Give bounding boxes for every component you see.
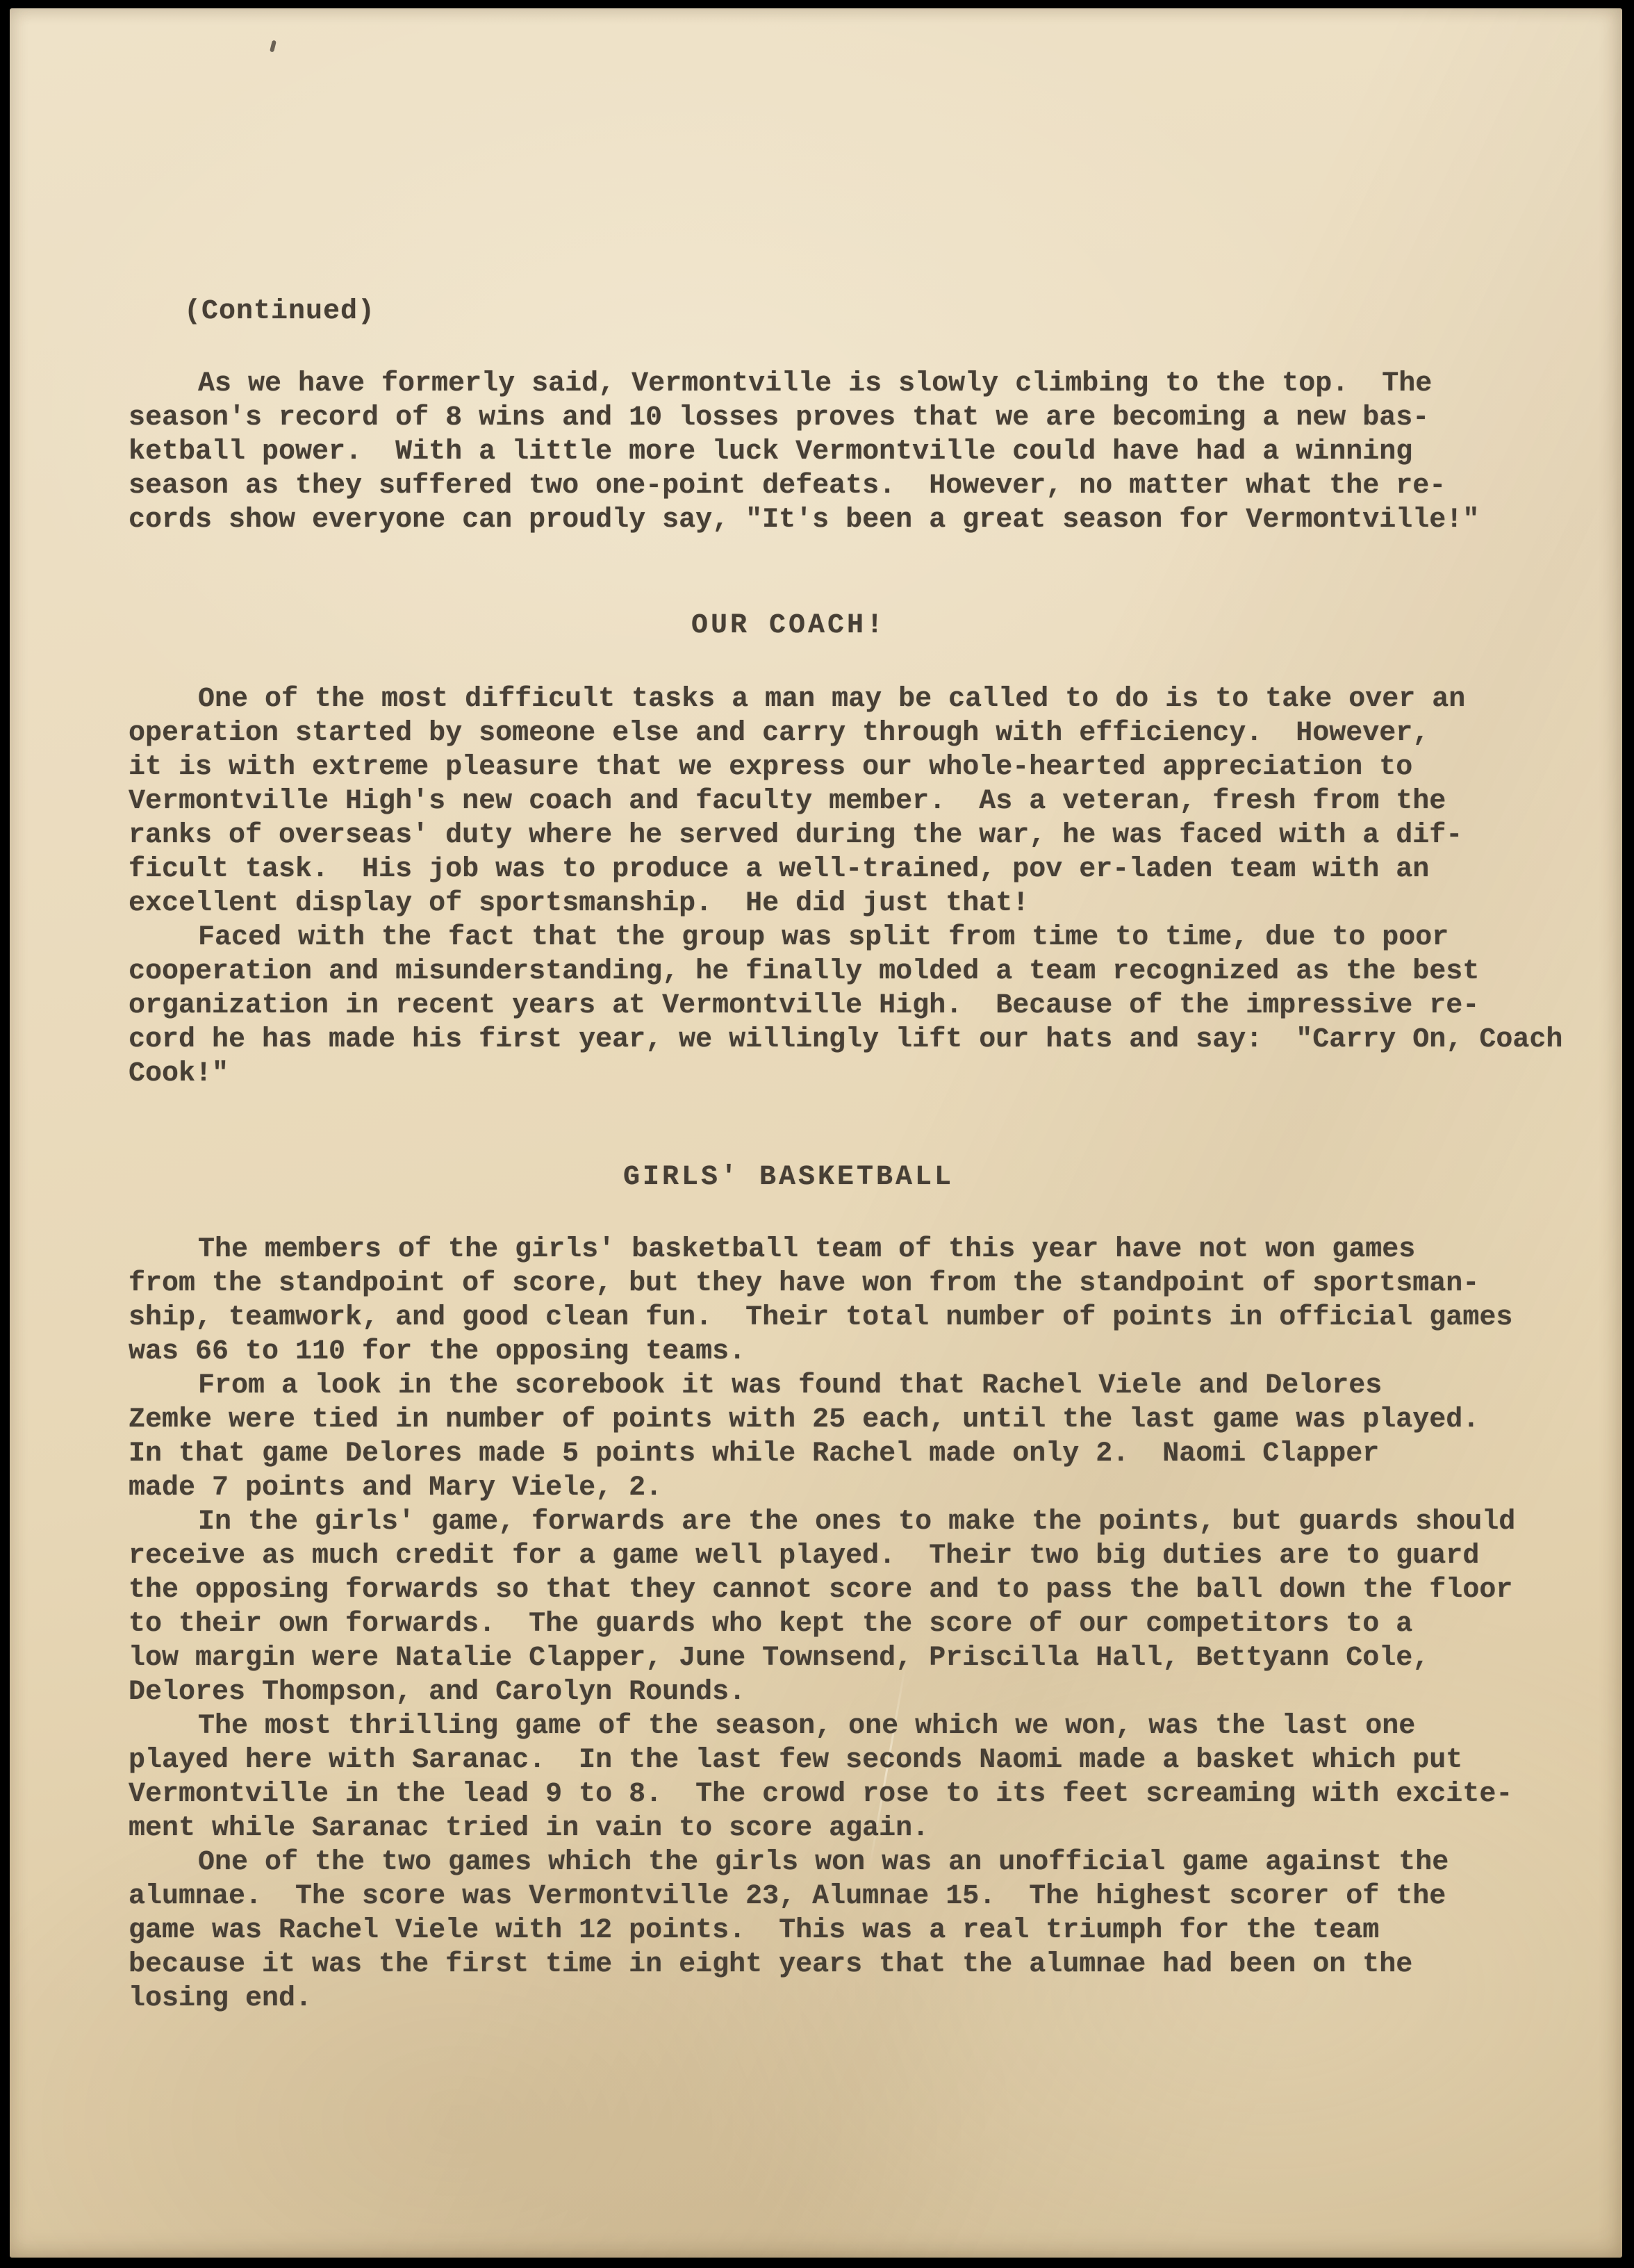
intro-paragraph: As we have formerly said, Vermontville i… [129,367,1581,537]
girls-basketball-paragraph-2: From a look in the scorebook it was foun… [129,1369,1581,1505]
girls-basketball-paragraph-4: The most thrilling game of the season, o… [129,1709,1581,1846]
our-coach-block: One of the most difficult tasks a man ma… [129,682,1581,1091]
girls-basketball-block: The members of the girls' basketball tea… [129,1233,1581,2016]
ink-speck [270,40,277,53]
paper-page: (Continued) As we have formerly said, Ve… [10,8,1622,2258]
our-coach-paragraph-1: One of the most difficult tasks a man ma… [129,682,1581,921]
intro-block: As we have formerly said, Vermontville i… [129,367,1581,537]
section-heading-girls-basketball: GIRLS' BASKETBALL [63,1160,1515,1194]
continued-label: (Continued) [184,295,375,329]
girls-basketball-paragraph-5: One of the two games which the girls won… [129,1846,1581,2016]
section-heading-our-coach: OUR COACH! [63,609,1515,643]
girls-basketball-paragraph-3: In the girls' game, forwards are the one… [129,1505,1581,1709]
our-coach-paragraph-2: Faced with the fact that the group was s… [129,921,1581,1091]
girls-basketball-paragraph-1: The members of the girls' basketball tea… [129,1233,1581,1369]
